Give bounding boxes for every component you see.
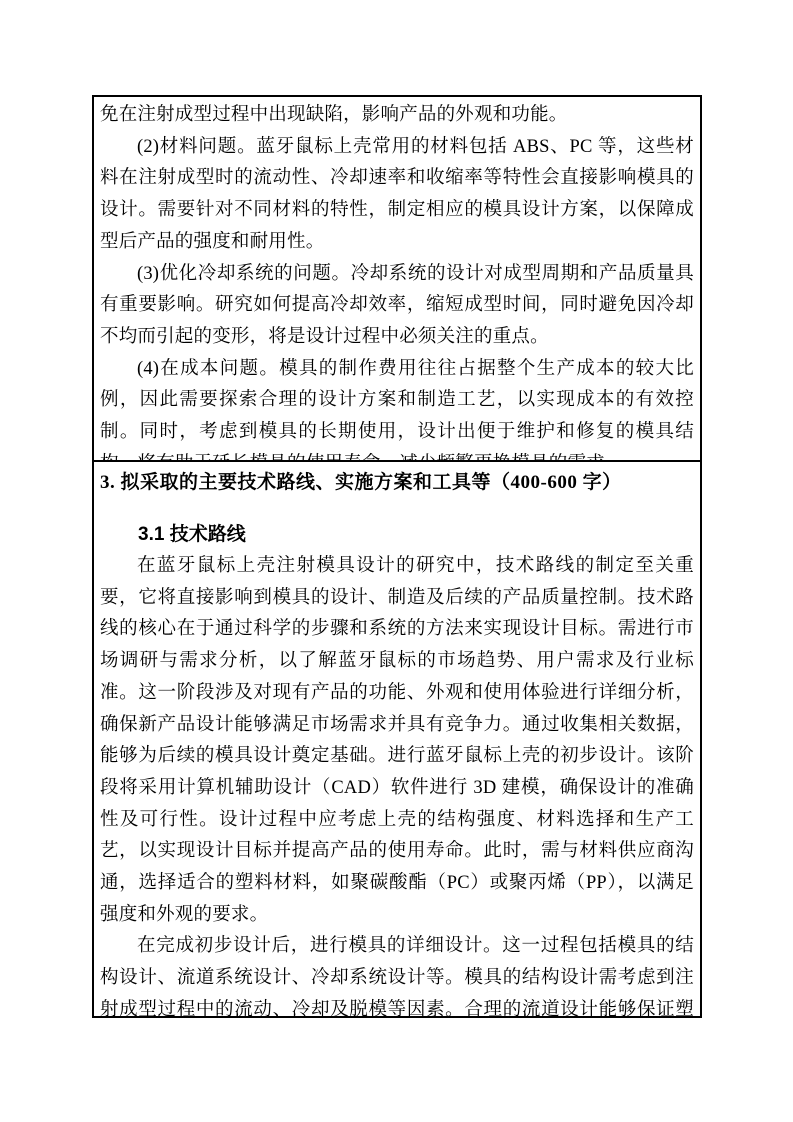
paragraph-continuation: 免在注射成型过程中出现缺陷，影响产品的外观和功能。 xyxy=(100,100,694,132)
cell-section-3: 3. 拟采取的主要技术路线、实施方案和工具等（400-600 字） 3.1 技术… xyxy=(94,462,700,1016)
section-3-1-subheading: 3.1 技术路线 xyxy=(100,519,694,551)
section-3-heading: 3. 拟采取的主要技术路线、实施方案和工具等（400-600 字） xyxy=(100,467,694,499)
paragraph-material-problem: (2)材料问题。蓝牙鼠标上壳常用的材料包括 ABS、PC 等，这些材料在注射成型… xyxy=(100,132,694,259)
content-table: 免在注射成型过程中出现缺陷，影响产品的外观和功能。 (2)材料问题。蓝牙鼠标上壳… xyxy=(92,95,702,1018)
paragraph-tech-route-1: 在蓝牙鼠标上壳注射模具设计的研究中，技术路线的制定至关重要，它将直接影响到模具的… xyxy=(100,551,694,931)
paragraph-cost-problem: (4)在成本问题。模具的制作费用往往占据整个生产成本的较大比例，因此需要探索合理… xyxy=(100,354,694,462)
document-page: 免在注射成型过程中出现缺陷，影响产品的外观和功能。 (2)材料问题。蓝牙鼠标上壳… xyxy=(0,0,793,1122)
paragraph-tech-route-2: 在完成初步设计后，进行模具的详细设计。这一过程包括模具的结构设计、流道系统设计、… xyxy=(100,931,694,1016)
cell-problem-statement: 免在注射成型过程中出现缺陷，影响产品的外观和功能。 (2)材料问题。蓝牙鼠标上壳… xyxy=(94,97,700,462)
paragraph-cooling-problem: (3)优化冷却系统的问题。冷却系统的设计对成型周期和产品质量具有重要影响。研究如… xyxy=(100,259,694,354)
